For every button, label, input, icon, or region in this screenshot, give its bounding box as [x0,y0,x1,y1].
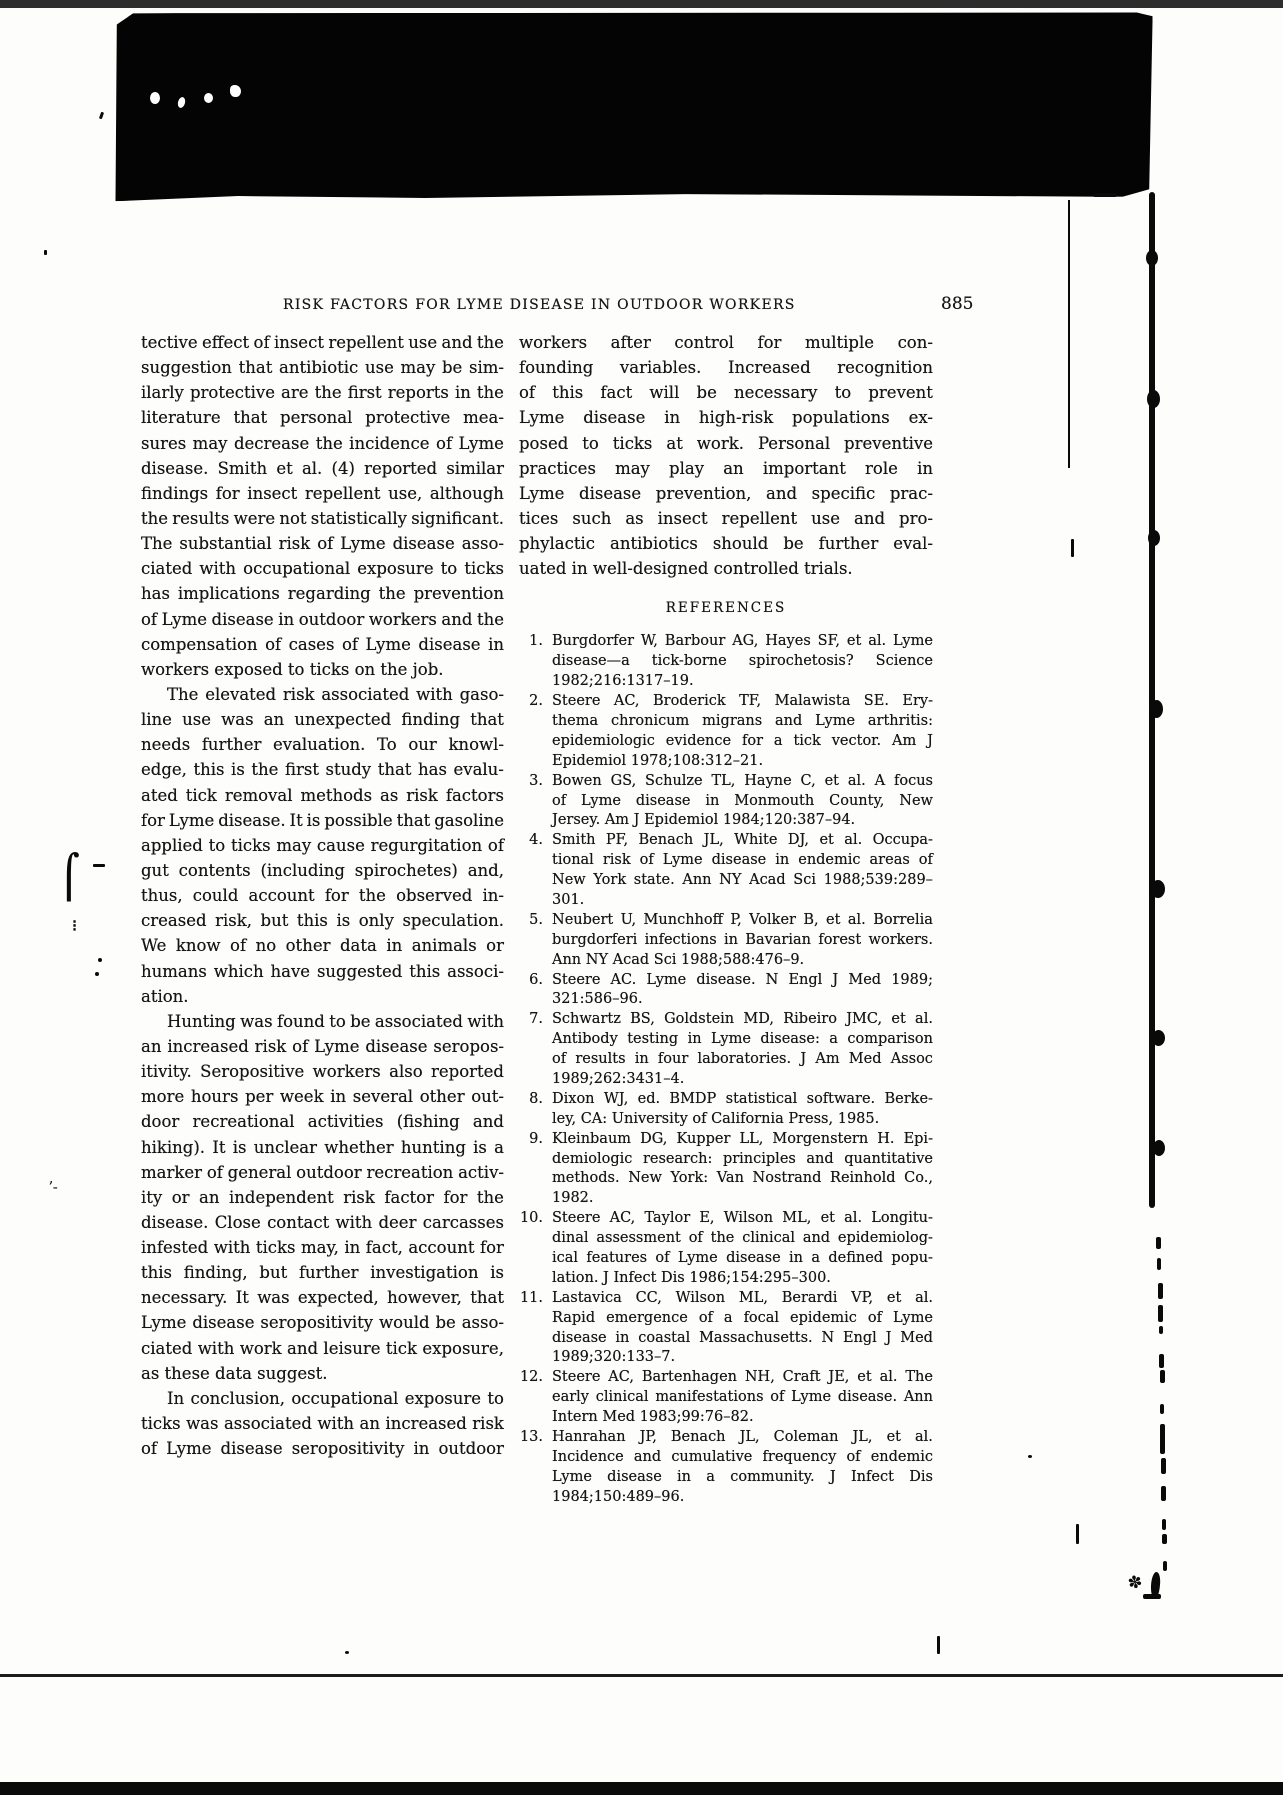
scan-bottom-hairline [0,1674,1283,1677]
scan-page-edge-bump [1152,1030,1165,1046]
body-text-line: ofLymediseaseinoutdoorworkersandthe [141,607,504,632]
reference-line: 1982. [552,1189,933,1209]
reference-line: tionalriskofLymediseaseinendemicareasof [552,851,933,871]
body-text-line: hiking).Itisunclearwhetherhuntingisa [141,1135,504,1160]
body-text-line: compensationofcasesofLymediseasein [141,632,504,657]
reference-line: methods.NewYork:VanNostrandReinholdCo., [552,1169,933,1189]
reference-number: 12. [519,1368,543,1388]
scan-colon-mark: ⁝ [72,916,77,935]
reference-line: demiologicresearch:principlesandquantita… [552,1150,933,1170]
references-heading: REFERENCES [519,599,933,617]
scan-dash [1076,1524,1079,1544]
body-text-line: appliedtoticksmaycauseregurgitationof [141,833,504,858]
reference-line: Ann NY Acad Sci 1988;588:476–9. [552,951,933,971]
reference-line: DixonWJ,ed.BMDPstatisticalsoftware.Berke… [552,1090,933,1110]
body-text-line: ation. [141,984,504,1009]
page-number: 885 [941,294,973,314]
scan-dash [1160,1404,1164,1414]
reference-line: SteereAC,BartenhagenNH,CraftJE,etal.The [552,1368,933,1388]
reference-line: SteereAC,BroderickTF,MalawistaSE.Ery- [552,692,933,712]
reference-item: 4.SmithPF,BenachJL,WhiteDJ,etal.Occupa-t… [519,831,933,911]
scan-dash [1159,1354,1164,1368]
scan-top-edge-bar [0,0,1283,8]
body-text-line: doorrecreationalactivities(fishingand [141,1109,504,1134]
scan-speck-dark [95,972,99,976]
reference-line: NewYorkstate.AnnNYAcadSci1988;539:289– [552,871,933,891]
scan-dash [1156,1237,1161,1249]
reference-line: SmithPF,BenachJL,WhiteDJ,etal.Occupa- [552,831,933,851]
reference-line: ofLymediseaseinMonmouthCounty,New [552,792,933,812]
reference-number: 11. [519,1289,543,1309]
scan-dash [1160,1370,1165,1383]
reference-line: burgdorferiinfectionsinBavarianforestwor… [552,931,933,951]
scan-dash [1163,1561,1167,1571]
body-text-line: Weknowofnootherdatainanimalsor [141,933,504,958]
reference-item: 12.SteereAC,BartenhagenNH,CraftJE,etal.T… [519,1368,933,1428]
reference-number: 8. [519,1090,543,1110]
body-text-line: Lymediseaseprevention,andspecificprac- [519,481,933,506]
reference-line: Lymediseaseinacommunity.JInfectDis [552,1468,933,1488]
scan-dash [1071,539,1074,557]
reference-line: RapidemergenceofafocalepidemicofLyme [552,1309,933,1329]
reference-line: BurgdorferW,BarbourAG,HayesSF,etal.Lyme [552,632,933,652]
body-text-line: disease.Smithetal.(4)reportedsimilar [141,456,504,481]
scan-hook-mark: ⌠ [58,852,80,901]
reference-item: 5.NeubertU,MunchhoffP,VolkerB,etal.Borre… [519,911,933,971]
references-list: 1.BurgdorferW,BarbourAG,HayesSF,etal.Lym… [519,632,933,1507]
scan-speck-dark [1028,1455,1032,1458]
reference-number: 9. [519,1130,543,1150]
reference-item: 13.HanrahanJP,BenachJL,ColemanJL,etal.In… [519,1428,933,1508]
running-head: RISK FACTORS FOR LYME DISEASE IN OUTDOOR… [283,297,795,313]
scan-dash [1161,1458,1166,1474]
reference-line: LastavicaCC,WilsonML,BerardiVP,etal. [552,1289,933,1309]
scan-dash [1160,1424,1165,1454]
body-text-line: edge,thisisthefirststudythathasevalu- [141,757,504,782]
body-text-line: suresmaydecreasetheincidenceofLyme [141,431,504,456]
scan-page-edge-bump [1147,390,1160,408]
reference-line: KleinbaumDG,KupperLL,MorgensternH.Epi- [552,1130,933,1150]
scan-dash [1093,193,1117,197]
body-text-line: workersaftercontrolformultiplecon- [519,330,933,355]
reference-item: 3.BowenGS,SchulzeTL,HayneC,etal.Afocusof… [519,772,933,832]
scan-squiggle-mark [1143,1594,1161,1599]
reference-number: 5. [519,911,543,931]
reference-line: diseaseincoastalMassachusetts.NEnglJMed [552,1329,933,1349]
body-text-line: Lymediseaseseropositivitywouldbeasso- [141,1310,504,1335]
body-text-line: workers exposed to ticks on the job. [141,657,504,682]
right-text-column: workersaftercontrolformultiplecon-foundi… [519,330,933,1508]
scan-squiggle-mark: ✽ [1126,1572,1144,1595]
body-text-line: uated in well-designed controlled trials… [519,556,933,581]
body-text-line: markerofgeneraloutdoorrecreationactiv- [141,1160,504,1185]
right-column-body: workersaftercontrolformultiplecon-foundi… [519,330,933,581]
reference-line: ofresultsinfourlaboratories.JAmMedAssoc [552,1050,933,1070]
reference-item: 11.LastavicaCC,WilsonML,BerardiVP,etal.R… [519,1289,933,1369]
body-text-line: ofthisfactwillbenecessarytoprevent [519,380,933,405]
scan-dash [1162,1519,1166,1530]
reference-line: earlyclinicalmanifestationsofLymedisease… [552,1388,933,1408]
body-text-line: theresultswerenotstatisticallysignifican… [141,506,504,531]
reference-number: 6. [519,971,543,991]
reference-line: BowenGS,SchulzeTL,HayneC,etal.Afocus [552,772,933,792]
reference-line: 1989;320:133–7. [552,1348,933,1368]
body-text-line: ThesubstantialriskofLymediseaseasso- [141,531,504,556]
scan-margin-line [1068,200,1070,468]
reference-item: 2.SteereAC,BroderickTF,MalawistaSE.Ery-t… [519,692,933,772]
scan-page-edge-bump [1153,1140,1165,1156]
body-text-line: needsfurtherevaluation.Toourknowl- [141,732,504,757]
reference-line: Jersey. Am J Epidemiol 1984;120:387–94. [552,811,933,831]
reference-line: 1982;216:1317–19. [552,672,933,692]
reference-line: epidemiologicevidenceforatickvector.AmJ [552,732,933,752]
reference-line: 1989;262:3431–4. [552,1070,933,1090]
reference-number: 10. [519,1209,543,1229]
reference-item: 9.KleinbaumDG,KupperLL,MorgensternH.Epi-… [519,1130,933,1210]
body-text-line: ityoranindependentriskfactorforthe [141,1185,504,1210]
reference-number: 2. [519,692,543,712]
body-text-line: literaturethatpersonalprotectivemea- [141,405,504,430]
body-text-line: ticessuchasinsectrepellentuseandpro- [519,506,933,531]
scan-bottom-edge-bar [0,1782,1283,1795]
scan-speck [230,85,241,97]
body-text-line: lineusewasanunexpectedfindingthat [141,707,504,732]
body-text-line: tickswasassociatedwithanincreasedrisk [141,1411,504,1436]
body-text-line: Inconclusion,occupationalexposureto [141,1386,504,1411]
left-text-column: tectiveeffectofinsectrepellentuseandthes… [141,330,504,1461]
scan-redaction-block [113,9,1154,202]
body-text-line: morehoursperweekinseveralotherout- [141,1084,504,1109]
reference-line: Incidenceandcumulativefrequencyofendemic [552,1448,933,1468]
reference-line: 301. [552,891,933,911]
body-text-line: Lymediseaseinhigh-riskpopulationsex- [519,405,933,430]
body-text-line: humanswhichhavesuggestedthisassoci- [141,959,504,984]
scan-dash [1158,1305,1163,1322]
reference-number: 4. [519,831,543,851]
scan-page-edge-bump [1150,700,1163,718]
reference-line: themachronicummigransandLymearthritis: [552,712,933,732]
scan-speck-dark [98,958,102,962]
body-text-line: ciatedwithworkandleisuretickexposure, [141,1336,504,1361]
reference-item: 1.BurgdorferW,BarbourAG,HayesSF,etal.Lym… [519,632,933,692]
scan-speck [150,92,160,104]
body-text-line: suggestionthatantibioticusemaybesim- [141,355,504,380]
body-text-line: gutcontents(includingspirochetes)and, [141,858,504,883]
reference-line: disease—atick-bornespirochetosis?Science [552,652,933,672]
reference-number: 13. [519,1428,543,1448]
reference-line: Intern Med 1983;99:76–82. [552,1408,933,1428]
scan-page-edge-bump [1148,530,1160,546]
reference-line: NeubertU,MunchhoffP,VolkerB,etal.Borreli… [552,911,933,931]
scan-speck-dark [44,250,47,255]
body-text-line: infestedwithticksmay,infact,accountfor [141,1235,504,1260]
scan-dash [1158,1283,1163,1299]
scan-speck [204,93,213,103]
scan-page-edge-bump [1146,250,1158,266]
body-text-line: hasimplicationsregardingtheprevention [141,581,504,606]
body-text-line: creasedrisk,butthisisonlyspeculation. [141,908,504,933]
reference-line: AntibodytestinginLymedisease:acomparison [552,1030,933,1050]
reference-line: 321:586–96. [552,990,933,1010]
reference-number: 3. [519,772,543,792]
reference-line: 1984;150:489–96. [552,1488,933,1508]
body-text-line: itivity.Seropositiveworkersalsoreported [141,1059,504,1084]
reference-number: 1. [519,632,543,652]
reference-line: icalfeaturesofLymediseaseinadefinedpopu- [552,1249,933,1269]
reference-line: HanrahanJP,BenachJL,ColemanJL,etal. [552,1428,933,1448]
body-text-line: findingsforinsectrepellentuse,although [141,481,504,506]
reference-item: 7.SchwartzBS,GoldsteinMD,RibeiroJMC,etal… [519,1010,933,1090]
scan-dash [1159,1326,1163,1334]
reference-item: 10.SteereAC,TaylorE,WilsonML,etal.Longit… [519,1209,933,1289]
scan-speck-dark [99,112,104,120]
reference-line: SteereAC,TaylorE,WilsonML,etal.Longitu- [552,1209,933,1229]
scan-dash [93,864,105,867]
body-text-line: thisfinding,butfurtherinvestigationis [141,1260,504,1285]
body-text-line: foundingvariables.Increasedrecognition [519,355,933,380]
scan-page-edge-bump [1151,880,1165,898]
body-text-line: ilarlyprotectivearethefirstreportsinthe [141,380,504,405]
scan-dash [1162,1534,1167,1544]
body-text-line: practicesmayplayanimportantrolein [519,456,933,481]
body-text-line: posedtoticksatwork.Personalpreventive [519,431,933,456]
body-text-line: anincreasedriskofLymediseaseseropos- [141,1034,504,1059]
reference-item: 8.DixonWJ,ed.BMDPstatisticalsoftware.Ber… [519,1090,933,1130]
body-text-line: as these data suggest. [141,1361,504,1386]
scan-tick-mark: ʼ- [48,1178,58,1196]
reference-number: 7. [519,1010,543,1030]
body-text-line: forLymedisease.Itispossiblethatgasoline [141,808,504,833]
body-text-line: thus,couldaccountfortheobservedin- [141,883,504,908]
reference-line: Epidemiol 1978;108:312–21. [552,752,933,772]
scan-dash [1157,1258,1161,1270]
body-text-line: phylacticantibioticsshouldbefurthereval- [519,531,933,556]
body-text-line: ciatedwithoccupationalexposuretoticks [141,556,504,581]
reference-line: SchwartzBS,GoldsteinMD,RibeiroJMC,etal. [552,1010,933,1030]
reference-line: ley, CA: University of California Press,… [552,1110,933,1130]
body-text-line: atedtickremovalmethodsasriskfactors [141,783,504,808]
reference-item: 6.SteereAC.Lymedisease.NEnglJMed1989;321… [519,971,933,1011]
body-text-line: ofLymediseaseseropositivityinoutdoor [141,1436,504,1461]
reference-line: dinalassessmentoftheclinicalandepidemiol… [552,1229,933,1249]
scan-speck-dark [345,1651,349,1654]
scan-dash [937,1636,940,1654]
reference-line: lation. J Infect Dis 1986;154:295–300. [552,1269,933,1289]
body-text-line: disease.Closecontactwithdeercarcasses [141,1210,504,1235]
body-text-line: Theelevatedriskassociatedwithgaso- [141,682,504,707]
body-text-line: tectiveeffectofinsectrepellentuseandthe [141,330,504,355]
body-text-line: Huntingwasfoundtobeassociatedwith [141,1009,504,1034]
reference-line: SteereAC.Lymedisease.NEnglJMed1989; [552,971,933,991]
scan-dash [1161,1486,1166,1501]
body-text-line: necessary.Itwasexpected,however,that [141,1285,504,1310]
